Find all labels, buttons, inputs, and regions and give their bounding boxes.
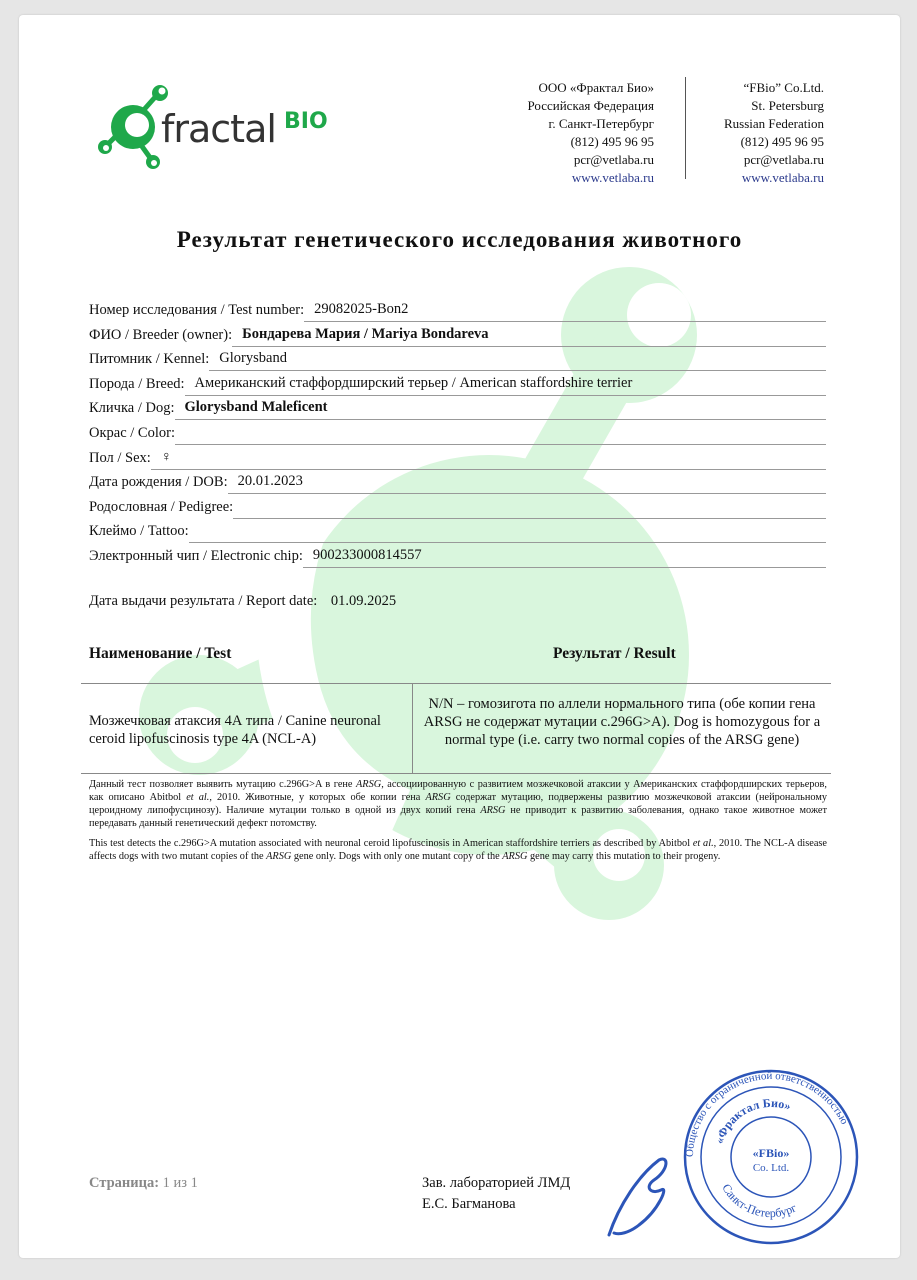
result-table-row: Мозжечковая атаксия 4А типа / Canine neu… xyxy=(81,683,831,774)
field-value: Бондарева Мария / Mariya Bondareva xyxy=(232,326,826,347)
email-ru[interactable]: pcr@vetlaba.ru xyxy=(528,151,655,169)
field-value: Glorysband xyxy=(209,350,826,371)
stamp-inner-top: «Фрактал Био» xyxy=(712,1096,793,1146)
field-row: Кличка / Dog:Glorysband Maleficent xyxy=(89,398,826,420)
document-page: fractal BIO ООО «Фрактал Био» Российская… xyxy=(19,15,900,1258)
company-stamp-icon: Общество с ограниченной ответственностью… xyxy=(671,1067,871,1247)
field-value: 20.01.2023 xyxy=(228,473,826,494)
report-date-label: Дата выдачи результата / Report date: xyxy=(89,593,317,609)
email-en[interactable]: pcr@vetlaba.ru xyxy=(724,151,824,169)
field-label: Дата рождения / DOB: xyxy=(89,474,228,494)
table-column-divider xyxy=(412,684,413,773)
field-label: Окрас / Color: xyxy=(89,425,175,445)
country-en: Russian Federation xyxy=(724,115,824,133)
contact-divider xyxy=(685,77,686,179)
field-value: Glorysband Maleficent xyxy=(175,399,827,420)
field-label: Кличка / Dog: xyxy=(89,400,175,420)
field-value: 29082025-Bon2 xyxy=(304,301,826,322)
field-value: ♀ xyxy=(151,449,826,470)
page-label: Страница: xyxy=(89,1175,159,1191)
field-row: Электронный чип / Electronic chip:900233… xyxy=(89,546,826,568)
field-row: Пол / Sex:♀ xyxy=(89,448,826,470)
field-value xyxy=(233,499,826,519)
contact-block-ru: ООО «Фрактал Био» Российская Федерация г… xyxy=(528,79,655,187)
signer-name: Е.С. Багманова xyxy=(422,1194,570,1215)
signer-title: Зав. лабораторией ЛМД xyxy=(422,1173,570,1194)
field-label: Пол / Sex: xyxy=(89,450,151,470)
logo-text: fractal xyxy=(161,107,276,151)
stamp-center-2: Co. Ltd. xyxy=(753,1162,790,1174)
field-row: ФИО / Breeder (owner):Бондарева Мария / … xyxy=(89,325,826,347)
field-row: Питомник / Kennel:Glorysband xyxy=(89,349,826,371)
phone-ru: (812) 495 96 95 xyxy=(528,133,655,151)
table-header-result: Результат / Result xyxy=(553,645,676,663)
field-row: Дата рождения / DOB:20.01.2023 xyxy=(89,472,826,494)
page-value: 1 из 1 xyxy=(163,1175,198,1191)
field-row: Окрас / Color: xyxy=(89,423,826,445)
field-value xyxy=(175,425,826,445)
website-en[interactable]: www.vetlaba.ru xyxy=(724,169,824,187)
field-row: Родословная / Pedigree: xyxy=(89,497,826,519)
field-label: Родословная / Pedigree: xyxy=(89,499,233,519)
logo-suffix: BIO xyxy=(284,109,328,134)
field-value xyxy=(189,523,826,543)
field-label: Питомник / Kennel: xyxy=(89,351,209,371)
stamp-center-1: «FBio» xyxy=(753,1146,790,1160)
fractal-bio-logo: fractal BIO xyxy=(97,83,337,173)
website-ru[interactable]: www.vetlaba.ru xyxy=(528,169,655,187)
company-name-ru: ООО «Фрактал Био» xyxy=(528,79,655,97)
note-english: This test detects the c.296G>A mutation … xyxy=(89,837,827,863)
field-row: Номер исследования / Test number:2908202… xyxy=(89,300,826,322)
report-date-value: 01.09.2025 xyxy=(331,593,396,609)
field-row: Порода / Breed:Американский стаффордширс… xyxy=(89,374,826,396)
field-row: Клеймо / Tattoo: xyxy=(89,521,826,543)
field-label: ФИО / Breeder (owner): xyxy=(89,327,232,347)
field-value: 900233000814557 xyxy=(303,547,826,568)
country-ru: Российская Федерация xyxy=(528,97,655,115)
city-ru: г. Санкт-Петербург xyxy=(528,115,655,133)
test-name-cell: Мозжечковая атаксия 4А типа / Canine neu… xyxy=(89,712,409,748)
phone-en: (812) 495 96 95 xyxy=(724,133,824,151)
field-label: Номер исследования / Test number: xyxy=(89,302,304,322)
signer-block: Зав. лабораторией ЛМД Е.С. Багманова xyxy=(422,1173,570,1215)
city-en: St. Petersburg xyxy=(724,97,824,115)
document-title: Результат генетического исследования жив… xyxy=(19,227,900,253)
field-label: Клеймо / Tattoo: xyxy=(89,523,189,543)
table-header-test: Наименование / Test xyxy=(89,645,231,663)
svg-text:«Фрактал Био»: «Фрактал Био» xyxy=(712,1096,793,1146)
test-result-cell: N/N – гомозигота по аллели нормального т… xyxy=(421,695,823,749)
field-value: Американский стаффордширский терьер / Am… xyxy=(185,375,826,396)
page-number: Страница: 1 из 1 xyxy=(89,1175,198,1192)
note-russian: Данный тест позволяет выявить мутацию c.… xyxy=(89,778,827,830)
contact-block-en: “FBio” Co.Ltd. St. Petersburg Russian Fe… xyxy=(724,79,824,187)
company-name-en: “FBio” Co.Ltd. xyxy=(724,79,824,97)
report-date: Дата выдачи результата / Report date: 01… xyxy=(89,593,396,610)
field-label: Порода / Breed: xyxy=(89,376,185,396)
field-label: Электронный чип / Electronic chip: xyxy=(89,548,303,568)
